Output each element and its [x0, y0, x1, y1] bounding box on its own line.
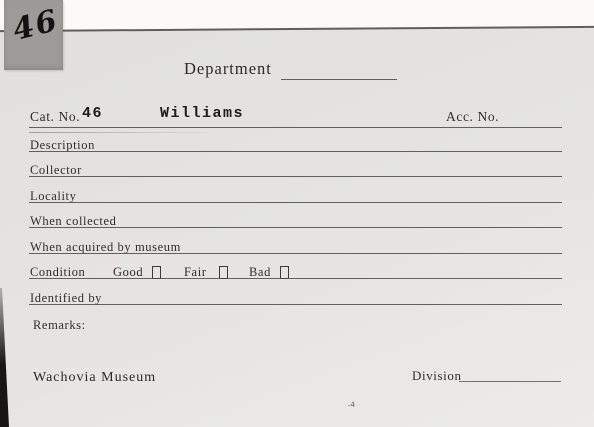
- name-value: Williams: [160, 105, 244, 122]
- museum-name: Wachovia Museum: [33, 370, 156, 386]
- collector-line: [29, 176, 562, 177]
- department-blank-line: [281, 79, 397, 80]
- description-line: [29, 151, 562, 152]
- cat-no-row-ghost-line: [29, 132, 219, 133]
- condition-line: [29, 278, 562, 279]
- scanned-catalog-card: 46 Department Cat. No. 46 Williams Acc. …: [0, 0, 594, 427]
- cat-no-row-line: [29, 127, 562, 128]
- division-blank-line: [459, 381, 561, 382]
- index-tab: 46: [4, 0, 63, 70]
- footer-ink-mark: -4: [347, 401, 355, 410]
- remarks-label: Remarks:: [33, 318, 86, 333]
- tab-number-handwritten: 46: [9, 3, 62, 48]
- when-collected-line: [29, 227, 562, 228]
- department-label: Department: [184, 59, 272, 79]
- acc-no-label: Acc. No.: [446, 109, 499, 125]
- division-label: Division: [412, 368, 462, 384]
- identified-by-line: [29, 304, 562, 305]
- cat-no-value: 46: [82, 105, 103, 122]
- locality-line: [29, 202, 562, 203]
- cat-no-label: Cat. No.: [30, 109, 80, 125]
- when-acquired-line: [29, 253, 562, 254]
